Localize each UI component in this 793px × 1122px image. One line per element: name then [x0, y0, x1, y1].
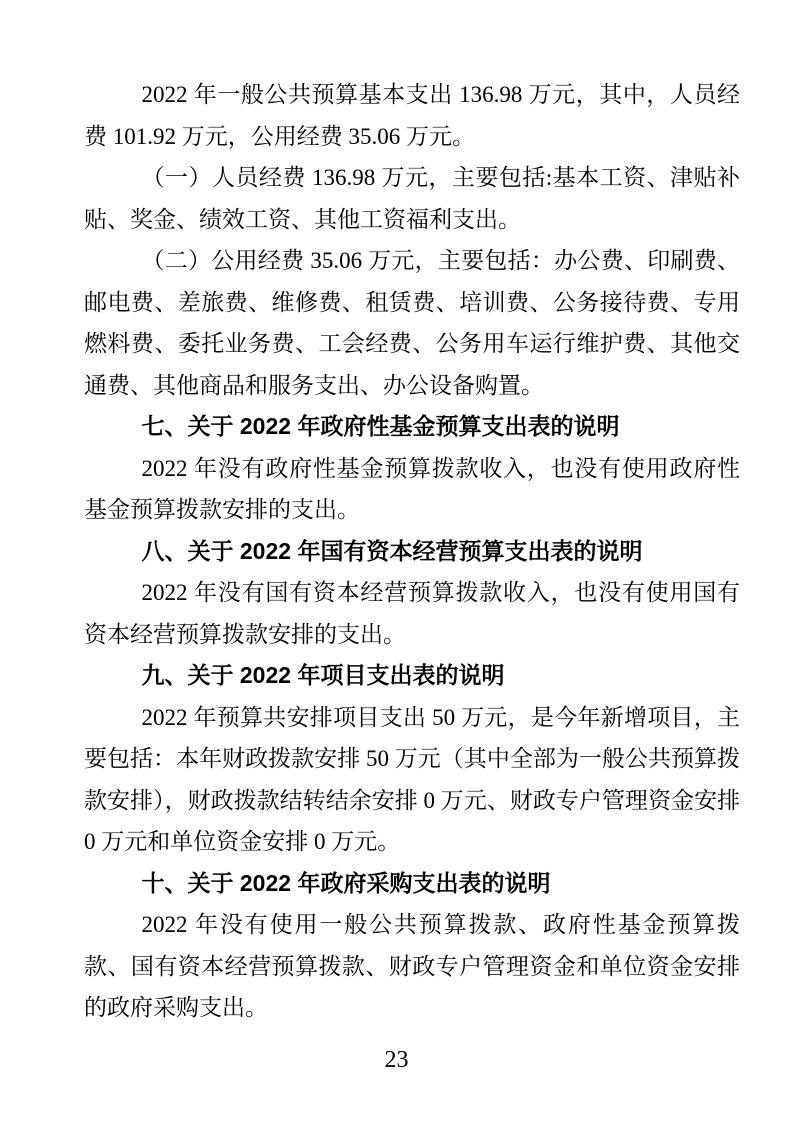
section-heading-7-gov-fund-budget: 七、关于 2022 年政府性基金预算支出表的说明	[84, 406, 740, 448]
paragraph-gov-procurement: 2022 年没有使用一般公共预算拨款、政府性基金预算拨款、国有资本经营预算拨款、…	[84, 904, 740, 1029]
document-body: 2022 年一般公共预算基本支出 136.98 万元，其中，人员经费 101.9…	[84, 74, 740, 1029]
paragraph-basic-expenditure-summary: 2022 年一般公共预算基本支出 136.98 万元，其中，人员经费 101.9…	[84, 74, 740, 157]
section-heading-9-project-expense: 九、关于 2022 年项目支出表的说明	[84, 655, 740, 697]
paragraph-public-funds: （二）公用经费 35.06 万元，主要包括：办公费、印刷费、邮电费、差旅费、维修…	[84, 240, 740, 406]
page-number: 23	[0, 1047, 793, 1074]
paragraph-state-capital: 2022 年没有国有资本经营预算拨款收入，也没有使用国有资本经营预算拨款安排的支…	[84, 572, 740, 655]
document-page: 2022 年一般公共预算基本支出 136.98 万元，其中，人员经费 101.9…	[0, 0, 793, 1122]
section-heading-10-gov-procurement: 十、关于 2022 年政府采购支出表的说明	[84, 863, 740, 905]
paragraph-project-expense: 2022 年预算共安排项目支出 50 万元，是今年新增项目，主要包括：本年财政拨…	[84, 697, 740, 863]
paragraph-gov-fund-budget: 2022 年没有政府性基金预算拨款收入，也没有使用政府性基金预算拨款安排的支出。	[84, 448, 740, 531]
section-heading-8-state-capital: 八、关于 2022 年国有资本经营预算支出表的说明	[84, 531, 740, 573]
paragraph-personnel-funds: （一）人员经费 136.98 万元，主要包括:基本工资、津贴补贴、奖金、绩效工资…	[84, 157, 740, 240]
